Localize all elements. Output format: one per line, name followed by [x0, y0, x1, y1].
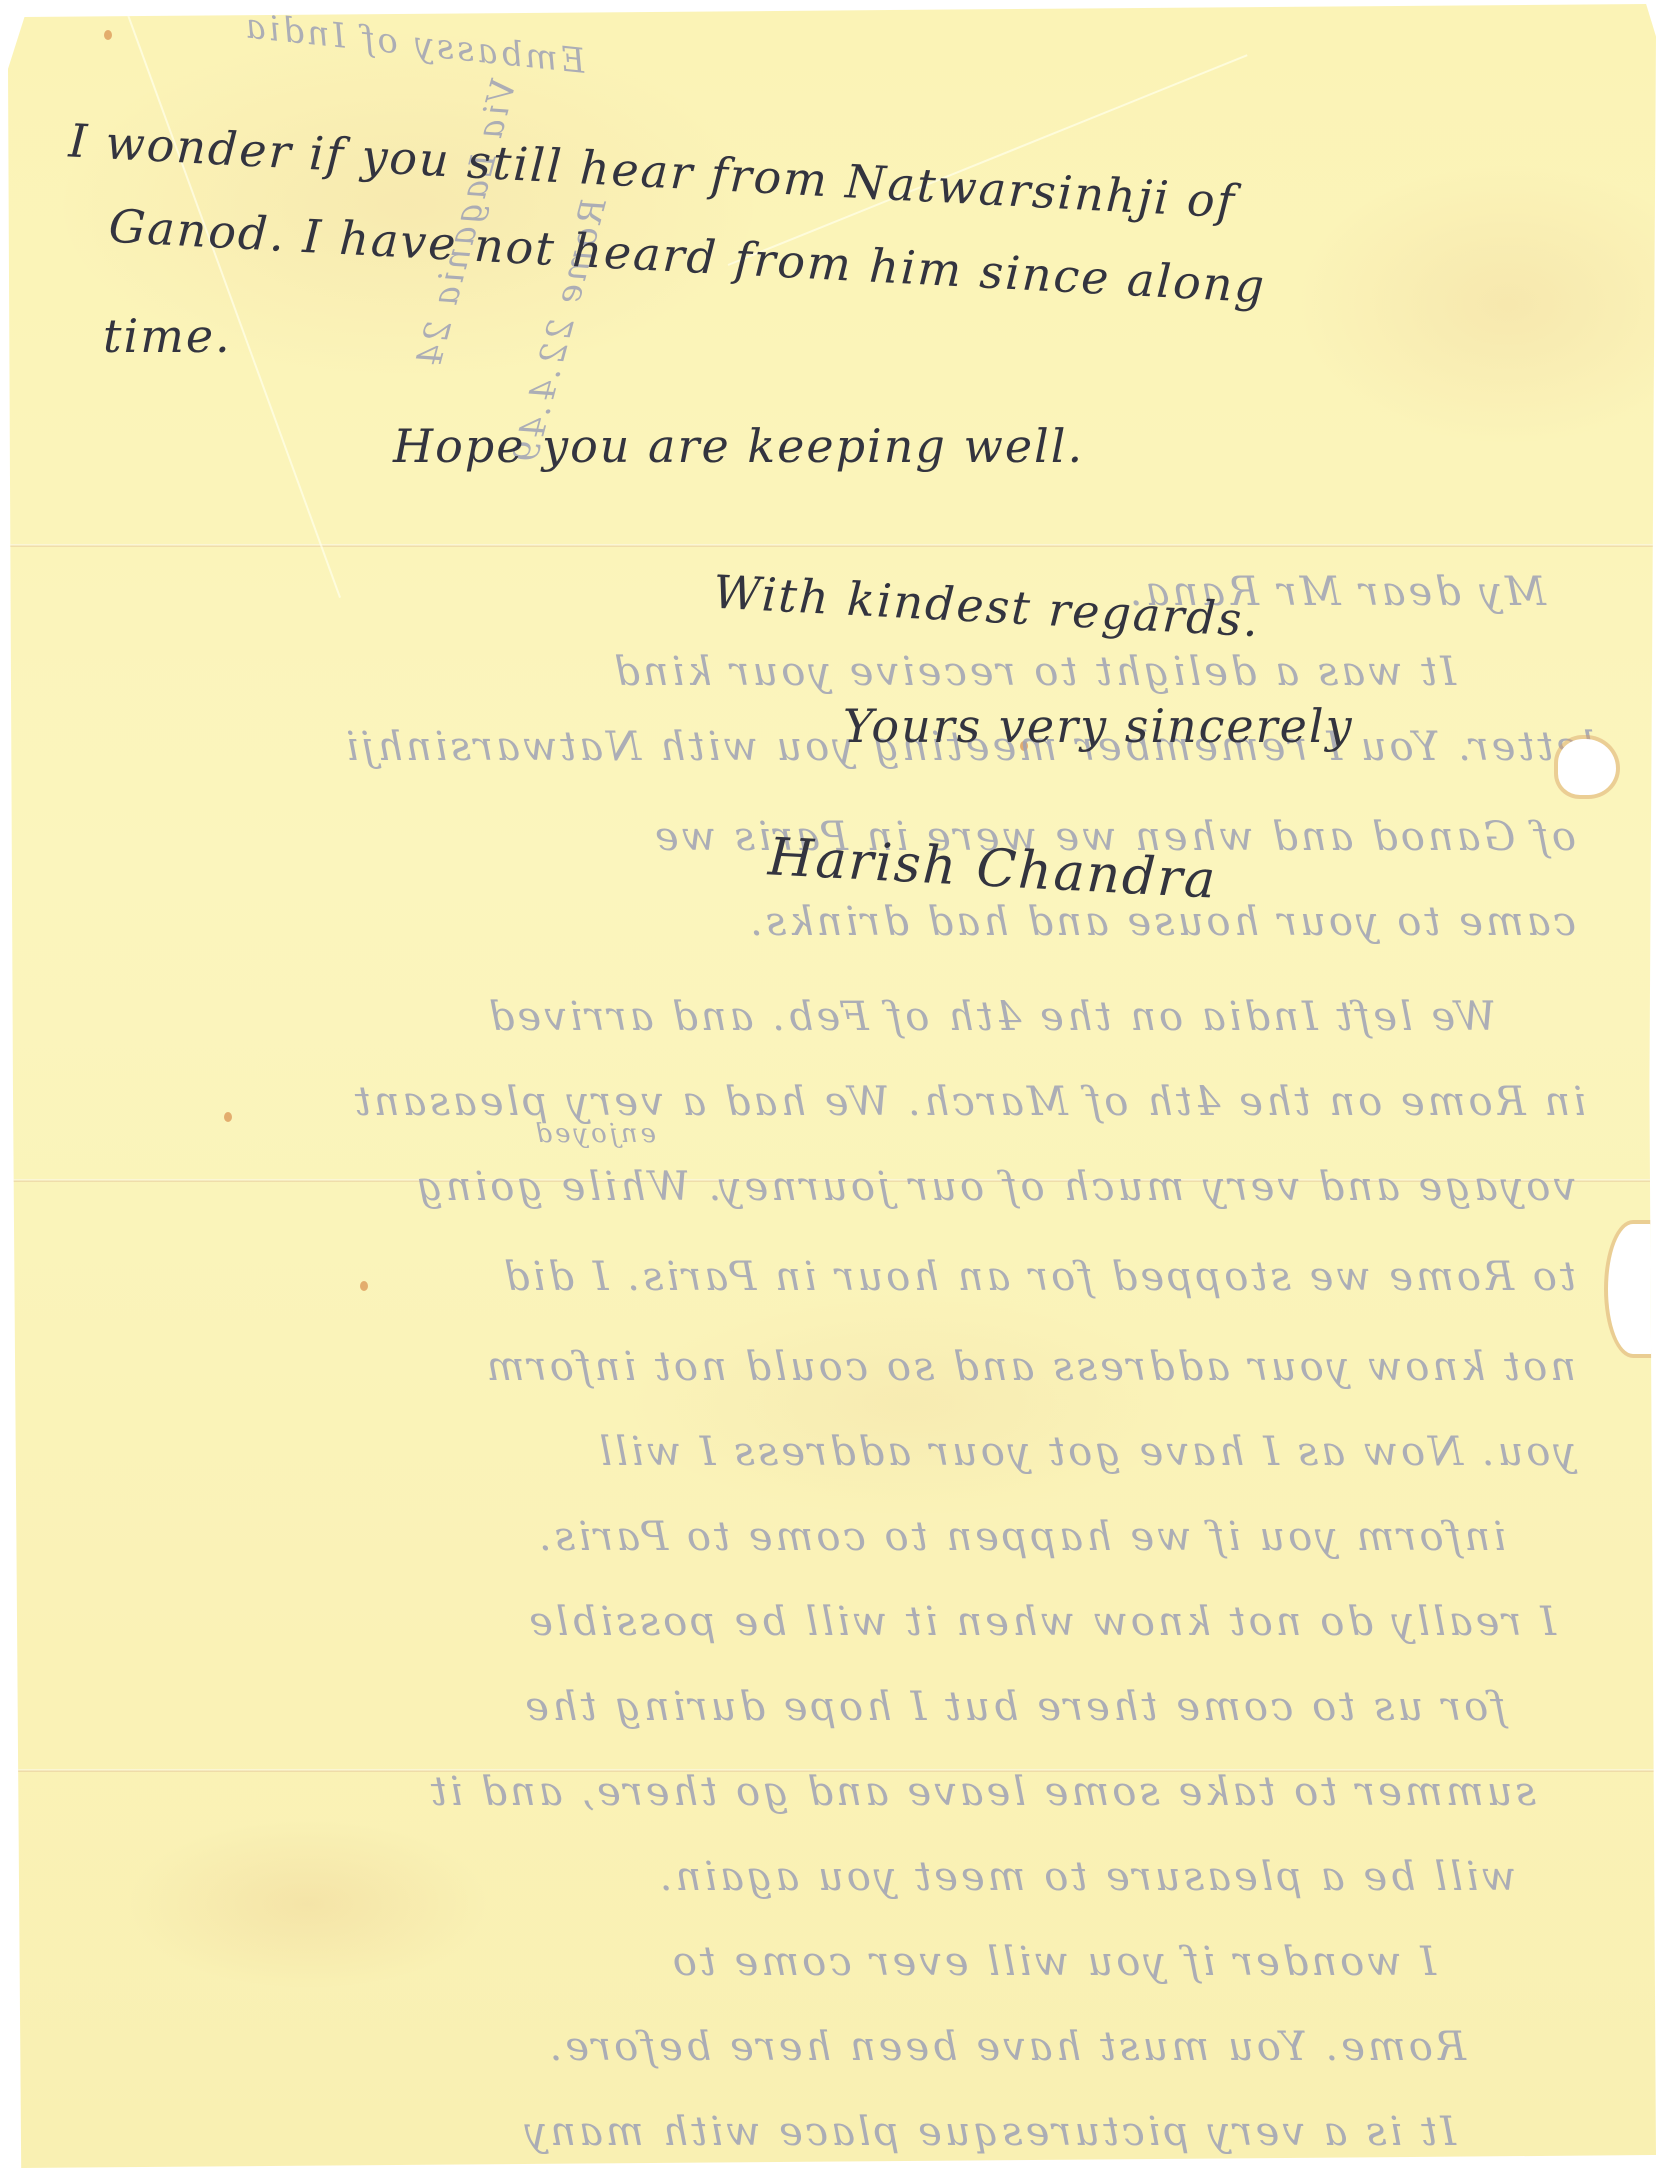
complimentary-close: Yours very sincerely	[843, 699, 1354, 753]
bleed-line: Rome. You must have been here before.	[547, 2024, 1466, 2070]
bleed-line: will be a pleasure to meet you again.	[657, 1854, 1516, 1900]
bleed-line: inform you if we happen to come to Paris…	[536, 1514, 1506, 1560]
bleed-line: I really do not know when it will be pos…	[526, 1599, 1556, 1645]
bleed-line: enjoyed	[532, 1119, 656, 1149]
bleed-header-line: Embassy of India	[241, 6, 587, 82]
bleed-line: to Rome we stopped for an hour in Paris.…	[501, 1254, 1576, 1300]
closing-wish: Hope you are keeping well.	[393, 419, 1084, 473]
bleed-line: you. Now as I have got your address I wi…	[596, 1429, 1576, 1475]
paper-tear-hole	[1608, 1224, 1658, 1354]
reverse-bleed-through: Embassy of India Via Lagania 24 Rome 22.…	[8, 4, 1656, 2168]
bleed-line: It is a very picturesque place with many	[522, 2109, 1456, 2155]
letter-line: time.	[103, 309, 232, 363]
bleed-line: for us to come there but I hope during t…	[522, 1684, 1506, 1730]
bleed-line: I wonder if you will ever come to	[670, 1939, 1436, 1985]
bleed-line: It was a delight to receive your kind	[611, 649, 1456, 695]
bleed-line: summer to take some leave and go there, …	[428, 1769, 1536, 1815]
bleed-line: We left India on the 4th of Feb. and arr…	[486, 994, 1496, 1040]
paper-tear-hole	[1558, 739, 1616, 795]
letter-page: Embassy of India Via Lagania 24 Rome 22.…	[8, 4, 1656, 2168]
bleed-line: not know your address and so could not i…	[484, 1344, 1576, 1390]
bleed-line: voyage and very much of our journey. Whi…	[414, 1164, 1576, 1210]
